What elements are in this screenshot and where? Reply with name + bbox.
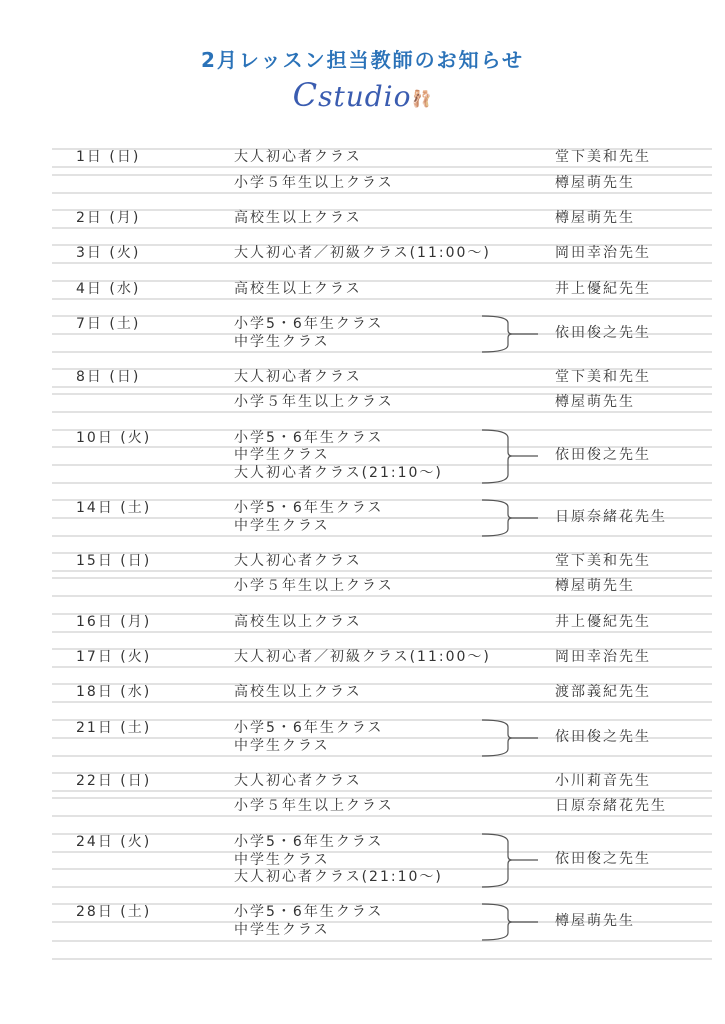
class-name: 中学生クラス: [234, 447, 330, 464]
schedule-date: 2日 (月): [76, 210, 140, 227]
ballet-shoes-icon: 🩰: [411, 89, 432, 108]
teacher-name: 堂下美和先生: [555, 553, 651, 570]
schedule-date: 4日 (水): [76, 281, 140, 298]
class-name: 小学5・6年生クラス: [234, 834, 383, 851]
rule-line: [52, 166, 712, 168]
schedule-date: 28日 (土): [76, 904, 151, 921]
class-name: 高校生以上クラス: [234, 614, 362, 631]
studio-logo: Cstudio🩰: [0, 76, 725, 114]
rule-line: [52, 595, 712, 597]
schedule-date: 16日 (月): [76, 614, 151, 631]
schedule-date: 24日 (火): [76, 834, 151, 851]
rule-line: [52, 262, 712, 264]
brace-icon: [480, 499, 540, 537]
rule-line: [52, 958, 712, 960]
rule-line: [52, 666, 712, 668]
rule-line: [52, 815, 712, 817]
brace-icon: [480, 429, 540, 484]
class-name: 大人初心者／初級クラス(11:00～): [234, 245, 491, 262]
rule-line: [52, 192, 712, 194]
class-name: 大人初心者／初級クラス(11:00～): [234, 649, 491, 666]
class-name: 小学5・6年生クラス: [234, 904, 383, 921]
rule-line: [52, 351, 712, 353]
page-title: 2月レッスン担当教師のお知らせ: [0, 44, 725, 73]
brace-icon: [480, 315, 540, 353]
teacher-name: 渡部義紀先生: [555, 684, 651, 701]
teacher-name: 日原奈緒花先生: [555, 509, 667, 526]
teacher-name: 岡田幸治先生: [555, 649, 651, 666]
brace-icon: [480, 903, 540, 941]
schedule-date: 8日 (日): [76, 369, 140, 386]
teacher-name: 樽屋萌先生: [555, 578, 635, 595]
schedule-date: 17日 (火): [76, 649, 151, 666]
schedule-date: 15日 (日): [76, 553, 151, 570]
teacher-name: 岡田幸治先生: [555, 245, 651, 262]
class-name: 小学５年生以上クラス: [234, 394, 394, 411]
teacher-name: 井上優紀先生: [555, 281, 651, 298]
class-name: 大人初心者クラス: [234, 369, 362, 386]
teacher-name: 樽屋萌先生: [555, 913, 635, 930]
teacher-name: 樽屋萌先生: [555, 210, 635, 227]
class-name: 小学５年生以上クラス: [234, 175, 394, 192]
rule-line: [52, 386, 712, 388]
teacher-name: 依田俊之先生: [555, 729, 651, 746]
teacher-name: 堂下美和先生: [555, 149, 651, 166]
rule-line: [52, 701, 712, 703]
schedule-date: 14日 (土): [76, 500, 151, 517]
rule-line: [52, 570, 712, 572]
class-name: 小学5・6年生クラス: [234, 430, 383, 447]
class-name: 大人初心者クラス: [234, 149, 362, 166]
rule-line: [52, 411, 712, 413]
teacher-name: 井上優紀先生: [555, 614, 651, 631]
class-name: 中学生クラス: [234, 738, 330, 755]
rule-line: [52, 298, 712, 300]
teacher-name: 日原奈緒花先生: [555, 798, 667, 815]
logo-cap: C: [293, 76, 318, 114]
rule-line: [52, 535, 712, 537]
class-name: 大人初心者クラス: [234, 553, 362, 570]
class-name: 大人初心者クラス: [234, 773, 362, 790]
schedule-date: 7日 (土): [76, 316, 140, 333]
class-name: 小学５年生以上クラス: [234, 798, 394, 815]
teacher-name: 樽屋萌先生: [555, 175, 635, 192]
class-name: 大人初心者クラス(21:10～): [234, 465, 443, 482]
class-name: 中学生クラス: [234, 852, 330, 869]
brace-icon: [480, 833, 540, 888]
schedule-date: 10日 (火): [76, 430, 151, 447]
class-name: 高校生以上クラス: [234, 684, 362, 701]
logo-text: studio: [318, 80, 411, 113]
rule-line: [52, 940, 712, 942]
teacher-name: 依田俊之先生: [555, 447, 651, 464]
rule-line: [52, 482, 712, 484]
schedule-date: 3日 (火): [76, 245, 140, 262]
brace-icon: [480, 719, 540, 757]
rule-line: [52, 886, 712, 888]
class-name: 小学5・6年生クラス: [234, 316, 383, 333]
rule-line: [52, 227, 712, 229]
class-name: 高校生以上クラス: [234, 281, 362, 298]
class-name: 小学5・6年生クラス: [234, 500, 383, 517]
schedule-date: 21日 (土): [76, 720, 151, 737]
teacher-name: 堂下美和先生: [555, 369, 651, 386]
class-name: 中学生クラス: [234, 922, 330, 939]
rule-line: [52, 790, 712, 792]
class-name: 中学生クラス: [234, 518, 330, 535]
class-name: 中学生クラス: [234, 334, 330, 351]
schedule-date: 18日 (水): [76, 684, 151, 701]
rule-line: [52, 755, 712, 757]
class-name: 小学５年生以上クラス: [234, 578, 394, 595]
teacher-name: 依田俊之先生: [555, 851, 651, 868]
class-name: 小学5・6年生クラス: [234, 720, 383, 737]
teacher-name: 樽屋萌先生: [555, 394, 635, 411]
schedule-date: 22日 (日): [76, 773, 151, 790]
teacher-name: 依田俊之先生: [555, 325, 651, 342]
schedule-date: 1日 (日): [76, 149, 140, 166]
teacher-name: 小川莉音先生: [555, 773, 651, 790]
class-name: 大人初心者クラス(21:10～): [234, 869, 443, 886]
rule-line: [52, 631, 712, 633]
class-name: 高校生以上クラス: [234, 210, 362, 227]
